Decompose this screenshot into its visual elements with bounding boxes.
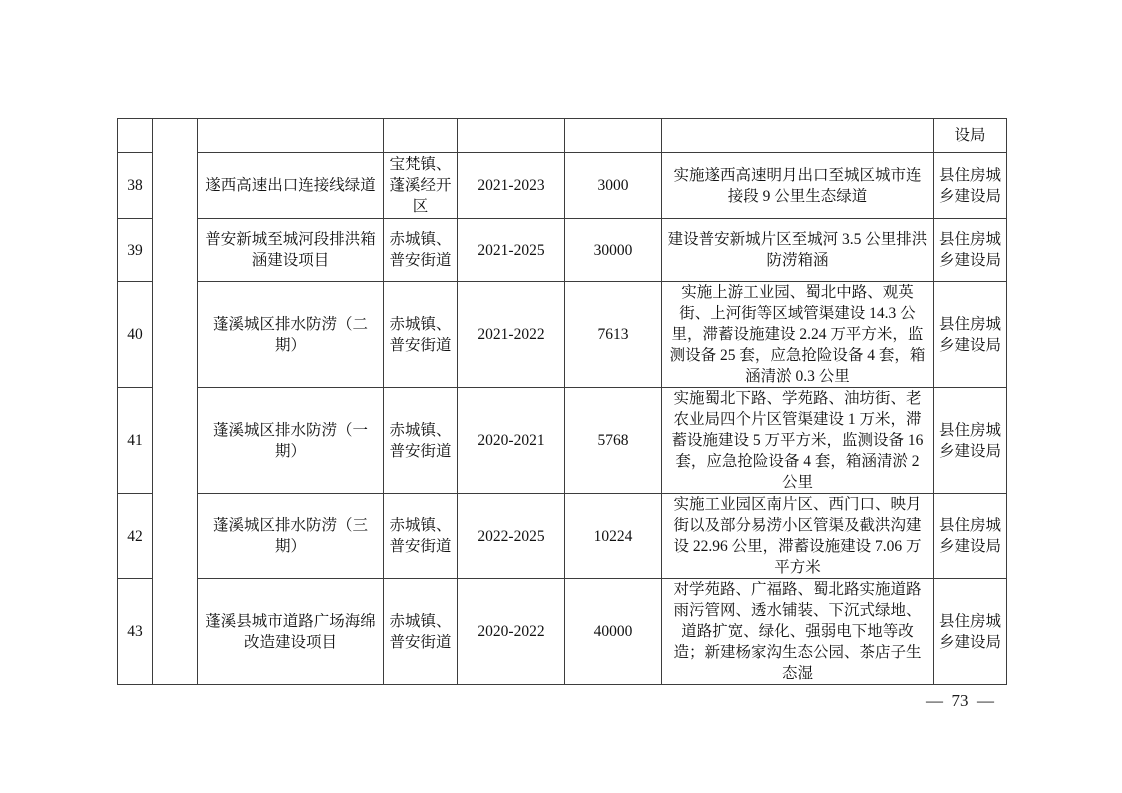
content-cell: 实施遂西高速明月出口至城区城市连接段 9 公里生态绿道 [662,153,934,219]
location-cell: 赤城镇、普安街道 [384,494,458,579]
years-cell: 2022-2025 [458,494,565,579]
seq-cell: 42 [118,494,153,579]
location-cell: 赤城镇、普安街道 [384,579,458,685]
project-name-cell: 蓬溪城区排水防涝（一期） [198,388,384,494]
years-cell: 2021-2025 [458,219,565,282]
location-cell: 赤城镇、普安街道 [384,282,458,388]
project-name-cell: 普安新城至城河段排洪箱涵建设项目 [198,219,384,282]
investment-cell: 5768 [565,388,662,494]
project-name-cell: 遂西高速出口连接线绿道 [198,153,384,219]
table-row: 41 蓬溪城区排水防涝（一期） 赤城镇、普安街道 2020-2021 5768 … [118,388,1007,494]
investment-cell: 40000 [565,579,662,685]
project-name-cell [198,119,384,153]
years-cell: 2020-2021 [458,388,565,494]
content-cell: 建设普安新城片区至城河 3.5 公里排洪防涝箱涵 [662,219,934,282]
project-table: 设局 38 遂西高速出口连接线绿道 宝梵镇、蓬溪经开区 2021-2023 30… [117,118,1007,685]
table-row: 39 普安新城至城河段排洪箱涵建设项目 赤城镇、普安街道 2021-2025 3… [118,219,1007,282]
location-cell: 赤城镇、普安街道 [384,219,458,282]
content-cell: 实施上游工业园、蜀北中路、观英街、上河街等区域管渠建设 14.3 公里，滞蓄设施… [662,282,934,388]
investment-cell: 10224 [565,494,662,579]
seq-cell: 39 [118,219,153,282]
seq-cell: 43 [118,579,153,685]
table-row: 40 蓬溪城区排水防涝（二期） 赤城镇、普安街道 2021-2022 7613 … [118,282,1007,388]
location-cell [384,119,458,153]
content-cell: 实施蜀北下路、学苑路、油坊街、老农业局四个片区管渠建设 1 万米，滞蓄设施建设 … [662,388,934,494]
seq-cell: 41 [118,388,153,494]
years-cell: 2021-2023 [458,153,565,219]
table-row: 38 遂西高速出口连接线绿道 宝梵镇、蓬溪经开区 2021-2023 3000 … [118,153,1007,219]
investment-cell [565,119,662,153]
investment-cell: 7613 [565,282,662,388]
document-page: 设局 38 遂西高速出口连接线绿道 宝梵镇、蓬溪经开区 2021-2023 30… [0,0,1122,793]
carryover-row: 设局 [118,119,1007,153]
project-name-cell: 蓬溪城区排水防涝（二期） [198,282,384,388]
table-row: 43 蓬溪县城市道路广场海绵改造建设项目 赤城镇、普安街道 2020-2022 … [118,579,1007,685]
content-cell [662,119,934,153]
department-cell: 县住房城乡建设局 [934,494,1007,579]
content-cell: 对学苑路、广福路、蜀北路实施道路雨污管网、透水铺装、下沉式绿地、道路扩宽、绿化、… [662,579,934,685]
seq-cell: 38 [118,153,153,219]
content-cell: 实施工业园区南片区、西门口、映月街以及部分易涝小区管渠及截洪沟建设 22.96 … [662,494,934,579]
category-cell [153,119,198,685]
page-number: — 73 — [895,691,1025,711]
department-cell: 县住房城乡建设局 [934,282,1007,388]
years-cell: 2020-2022 [458,579,565,685]
seq-cell: 40 [118,282,153,388]
table-row: 42 蓬溪城区排水防涝（三期） 赤城镇、普安街道 2022-2025 10224… [118,494,1007,579]
department-cell: 县住房城乡建设局 [934,388,1007,494]
location-cell: 宝梵镇、蓬溪经开区 [384,153,458,219]
department-cell: 设局 [934,119,1007,153]
department-cell: 县住房城乡建设局 [934,153,1007,219]
investment-cell: 3000 [565,153,662,219]
years-cell [458,119,565,153]
investment-cell: 30000 [565,219,662,282]
years-cell: 2021-2022 [458,282,565,388]
department-cell: 县住房城乡建设局 [934,579,1007,685]
seq-cell [118,119,153,153]
project-name-cell: 蓬溪城区排水防涝（三期） [198,494,384,579]
department-cell: 县住房城乡建设局 [934,219,1007,282]
location-cell: 赤城镇、普安街道 [384,388,458,494]
project-name-cell: 蓬溪县城市道路广场海绵改造建设项目 [198,579,384,685]
